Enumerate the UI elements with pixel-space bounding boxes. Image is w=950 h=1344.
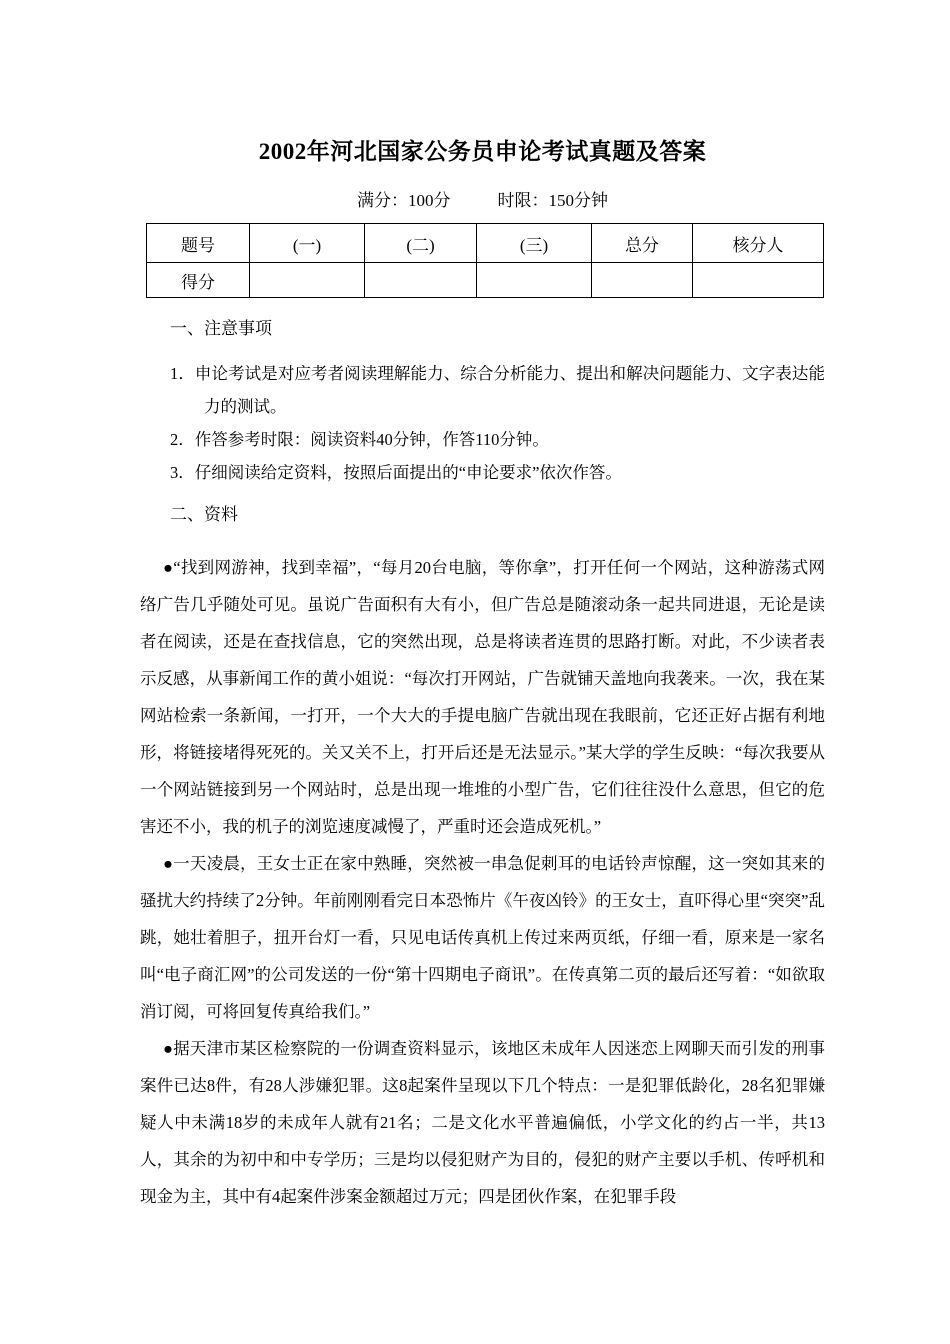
document-content: 2002年河北国家公务员申论考试真题及答案 满分：100分时限：150分钟 题号… bbox=[0, 0, 950, 1215]
score-table-cell-q2: (二) bbox=[365, 224, 477, 263]
section-heading-notice: 一、注意事项 bbox=[170, 317, 825, 341]
score-table-cell-score-total bbox=[592, 263, 693, 298]
score-table-score-row: 得分 bbox=[147, 263, 824, 298]
score-table-cell-question-label: 题号 bbox=[147, 224, 250, 263]
score-table-cell-q3: (三) bbox=[477, 224, 592, 263]
material-paragraph-juvenile-crime: ●据天津市某区检察院的一份调查资料显示，该地区未成年人因迷恋上网聊天而引发的刑事… bbox=[140, 1030, 825, 1215]
material-paragraph-fax-spam: ●一天凌晨，王女士正在家中熟睡，突然被一串急促刺耳的电话铃声惊醒，这一突如其来的… bbox=[140, 845, 825, 1030]
notice-item-3: 3．仔细阅读给定资料，按照后面提出的“申论要求”依次作答。 bbox=[170, 456, 825, 489]
score-table-cell-score-q3 bbox=[477, 263, 592, 298]
score-summary: 满分：100分时限：150分钟 bbox=[140, 189, 825, 213]
material-body: ●“找到网游神，找到幸福”，“每月20台电脑，等你拿”，打开任何一个网站，这种游… bbox=[140, 549, 825, 1215]
notice-item-1: 1．申论考试是对应考者阅读理解能力、综合分析能力、提出和解决问题能力、文字表达能… bbox=[170, 357, 825, 423]
score-table-cell-total: 总分 bbox=[592, 224, 693, 263]
score-table-cell-score-checker bbox=[693, 263, 824, 298]
time-limit-label: 时限：150分钟 bbox=[498, 191, 609, 210]
notice-item-2: 2．作答参考时限：阅读资料40分钟，作答110分钟。 bbox=[170, 423, 825, 456]
score-table-cell-q1: (一) bbox=[250, 224, 365, 263]
section-heading-material: 二、资料 bbox=[170, 503, 825, 527]
score-table: 题号 (一) (二) (三) 总分 核分人 得分 bbox=[146, 223, 824, 298]
score-table-header-row: 题号 (一) (二) (三) 总分 核分人 bbox=[147, 224, 824, 263]
material-paragraph-web-ads: ●“找到网游神，找到幸福”，“每月20台电脑，等你拿”，打开任何一个网站，这种游… bbox=[140, 549, 825, 845]
notice-list: 1．申论考试是对应考者阅读理解能力、综合分析能力、提出和解决问题能力、文字表达能… bbox=[140, 357, 825, 489]
score-table-cell-score-q2 bbox=[365, 263, 477, 298]
score-table-cell-score-q1 bbox=[250, 263, 365, 298]
score-table-cell-score-label: 得分 bbox=[147, 263, 250, 298]
document-title: 2002年河北国家公务员申论考试真题及答案 bbox=[140, 136, 825, 168]
full-score-label: 满分：100分 bbox=[357, 191, 451, 210]
document-page: 2002年河北国家公务员申论考试真题及答案 满分：100分时限：150分钟 题号… bbox=[0, 0, 950, 1344]
score-table-cell-checker: 核分人 bbox=[693, 224, 824, 263]
